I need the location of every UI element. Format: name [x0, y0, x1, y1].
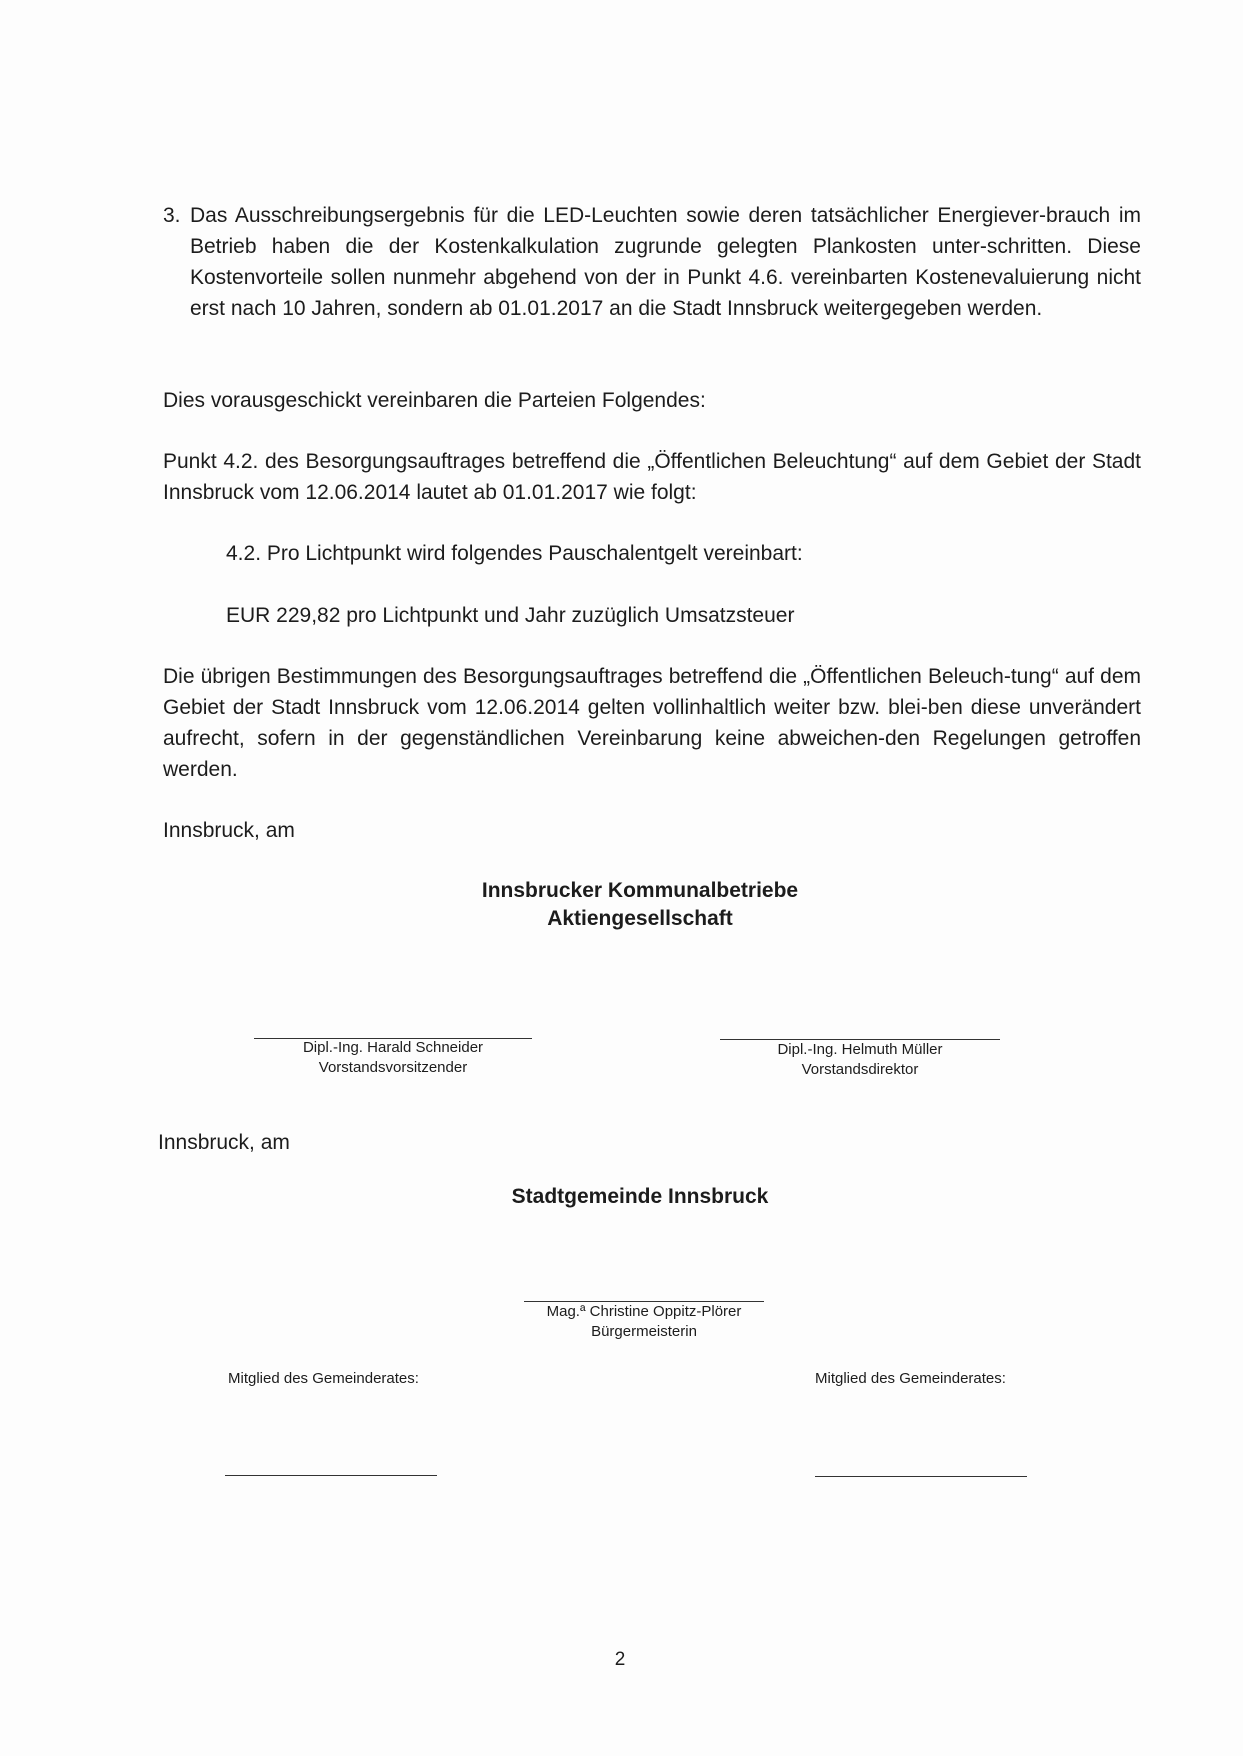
signer-role: Vorstandsvorsitzender: [254, 1058, 532, 1078]
signer-name: Dipl.-Ing. Helmuth Müller: [720, 1040, 1000, 1060]
signer-mueller: Dipl.-Ing. Helmuth Müller Vorstandsdirek…: [720, 1040, 1000, 1080]
signer-role: Bürgermeisterin: [494, 1322, 794, 1342]
signer-name: Dipl.-Ing. Harald Schneider: [254, 1038, 532, 1058]
signature-line-council-left: [225, 1475, 437, 1476]
org-name-ikb: Innsbrucker Kommunalbetriebe Aktiengesel…: [380, 877, 900, 933]
org-name-stadtgemeinde: Stadtgemeinde Innsbruck: [380, 1183, 900, 1211]
page-number: 2: [600, 1649, 640, 1671]
council-member-label-left: Mitglied des Gemeinderates:: [228, 1370, 419, 1387]
clause-fee: EUR 229,82 pro Lichtpunkt und Jahr zuzüg…: [226, 600, 794, 631]
signer-name: Mag.ª Christine Oppitz-Plörer: [494, 1302, 794, 1322]
clause-title: 4.2. Pro Lichtpunkt wird folgendes Pausc…: [226, 538, 803, 569]
list-item-number: 3.: [163, 200, 181, 231]
council-member-label-right: Mitglied des Gemeinderates:: [815, 1370, 1006, 1387]
signature-line-council-right: [815, 1476, 1027, 1477]
remaining-provisions-paragraph: Die übrigen Bestimmungen des Besorgungsa…: [163, 661, 1141, 785]
org-name-line2: Aktiengesellschaft: [380, 905, 900, 933]
place-date-1: Innsbruck, am: [163, 815, 295, 846]
signer-role: Vorstandsdirektor: [720, 1060, 1000, 1080]
list-item-3: 3. Das Ausschreibungsergebnis für die LE…: [163, 200, 1141, 324]
list-item-text: Das Ausschreibungsergebnis für die LED-L…: [190, 200, 1141, 324]
place-date-2: Innsbruck, am: [158, 1127, 290, 1158]
document-page: 3. Das Ausschreibungsergebnis für die LE…: [0, 0, 1243, 1756]
amendment-paragraph: Punkt 4.2. des Besorgungsauftrages betre…: [163, 446, 1141, 508]
signer-schneider: Dipl.-Ing. Harald Schneider Vorstandsvor…: [254, 1038, 532, 1078]
org-name-line1: Innsbrucker Kommunalbetriebe: [380, 877, 900, 905]
intro-paragraph: Dies vorausgeschickt vereinbaren die Par…: [163, 385, 1141, 416]
signer-mayor: Mag.ª Christine Oppitz-Plörer Bürgermeis…: [494, 1302, 794, 1342]
